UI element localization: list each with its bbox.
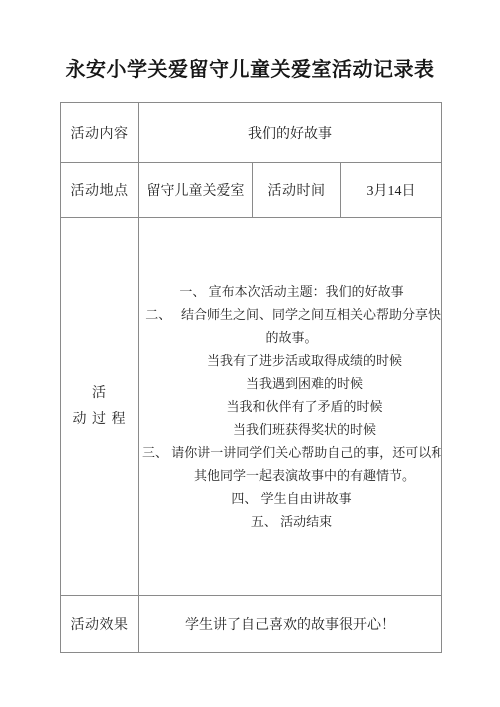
activity-process-content: 一、 宣布本次活动主题：我们的好故事 二、 结合师生之间、同学之间互相关心帮助分… <box>139 218 442 596</box>
activity-content-row: 活动内容 我们的好故事 <box>61 103 442 163</box>
activity-location-row: 活动地点 留守儿童关爱室 活动时间 3月14日 <box>61 163 442 218</box>
activity-record-table: 活动内容 我们的好故事 活动地点 留守儿童关爱室 活动时间 3月14日 活 动 … <box>60 102 442 653</box>
activity-process-label: 活 动 过 程 <box>61 218 139 596</box>
process-line: 当我们班获得奖状的时候 <box>139 418 441 441</box>
process-line: 二、 结合师生之间、同学之间互相关心帮助分享快乐 <box>139 303 441 326</box>
activity-process-label-line2: 动 过 程 <box>61 407 138 433</box>
document-page: 永安小学关爱留守儿童关爱室活动记录表 活动内容 我们的好故事 活动地点 留守儿童… <box>0 0 500 707</box>
process-line: 一、 宣布本次活动主题：我们的好故事 <box>139 280 441 303</box>
activity-effect-label: 活动效果 <box>61 596 139 653</box>
activity-content-label: 活动内容 <box>61 103 139 163</box>
process-line: 的故事。 <box>139 326 441 349</box>
page-title: 永安小学关爱留守儿童关爱室活动记录表 <box>0 53 500 82</box>
process-line: 三、 请你讲一讲同学们关心帮助自己的事，还可以和 <box>139 441 441 464</box>
process-line: 当我遇到困难的时候 <box>139 372 441 395</box>
process-line: 五、 活动结束 <box>139 510 441 533</box>
activity-process-row: 活 动 过 程 一、 宣布本次活动主题：我们的好故事 二、 结合师生之间、同学之… <box>61 218 442 596</box>
process-line: 四、 学生自由讲故事 <box>139 487 441 510</box>
process-line: 当我和伙伴有了矛盾的时候 <box>139 395 441 418</box>
activity-time-label: 活动时间 <box>253 163 341 218</box>
process-line: 其他同学一起表演故事中的有趣情节。 <box>139 464 441 487</box>
activity-content-value: 我们的好故事 <box>139 103 442 163</box>
activity-effect-value: 学生讲了自己喜欢的故事很开心！ <box>139 596 442 653</box>
activity-process-label-line1: 活 <box>61 381 138 407</box>
activity-time-value: 3月14日 <box>341 163 442 218</box>
activity-location-label: 活动地点 <box>61 163 139 218</box>
activity-effect-row: 活动效果 学生讲了自己喜欢的故事很开心！ <box>61 596 442 653</box>
activity-location-value: 留守儿童关爱室 <box>139 163 253 218</box>
process-line: 当我有了进步活或取得成绩的时候 <box>139 349 441 372</box>
